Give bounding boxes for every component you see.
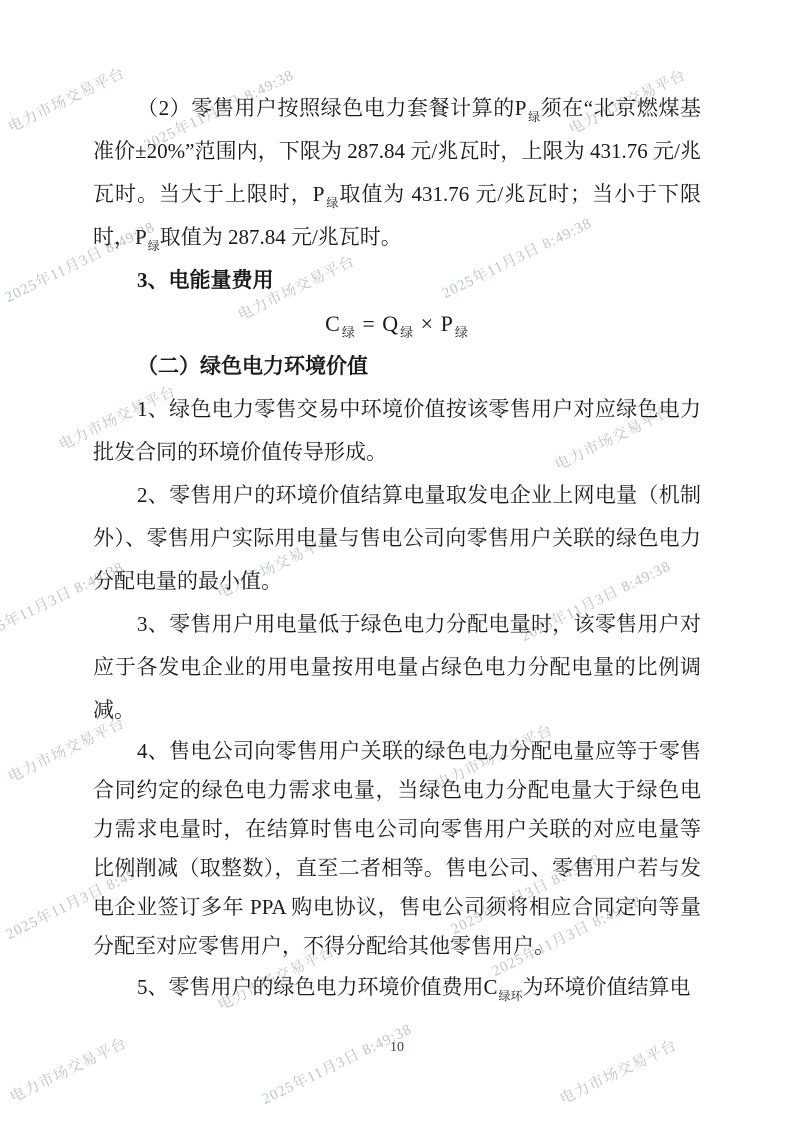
subscript: 绿 [528, 110, 541, 124]
subscript: 绿环 [499, 989, 523, 1003]
subscript: 绿 [455, 325, 469, 340]
text-run: （2）零售用户按照绿色电力套餐计算的P [137, 96, 527, 120]
section-heading: 3、电能量费用 [93, 259, 701, 302]
document-page: 电力市场交易平台2025年11月3日 8:49:38电力市场交易平台2025年1… [0, 0, 794, 1123]
text-run: 1、绿色电力零售交易中环境价值按该零售用户对应绿色电力批发合同的环境价值传导形成… [93, 397, 701, 464]
text-run: 取值为 287.84 元/兆瓦时。 [160, 225, 402, 249]
text-run: 4、售电公司向零售用户关联的绿色电力分配电量应等于零售合同约定的绿色电力需求电量… [93, 739, 701, 958]
subscript: 绿 [325, 196, 339, 210]
page-footer: 10 [0, 1040, 794, 1056]
document-body: （2）零售用户按照绿色电力套餐计算的P绿须在“北京燃煤基准价±20%”范围内，下… [0, 0, 794, 1009]
text-run: （二）绿色电力环境价值 [137, 354, 368, 378]
paragraph: 2、零售用户的环境价值结算电量取发电企业上网电量（机制外）、零售用户实际用电量与… [93, 474, 701, 603]
text-run: = Q [356, 311, 399, 336]
text-run: 2、零售用户的环境价值结算电量取发电企业上网电量（机制外）、零售用户实际用电量与… [93, 483, 701, 593]
watermark-text: 2025年11月3日 8:49:38 [258, 1018, 415, 1109]
paragraph: 5、零售用户的绿色电力环境价值费用C绿环为环境价值结算电 [93, 966, 701, 1009]
subscript: 绿 [400, 325, 414, 340]
text-run: 3、零售用户用电量低于绿色电力分配电量时，该零售用户对应于各发电企业的用电量按用… [93, 612, 701, 722]
text-run: × P [414, 311, 454, 336]
page-number: 10 [390, 1040, 404, 1055]
paragraph: 3、零售用户用电量低于绿色电力分配电量时，该零售用户对应于各发电企业的用电量按用… [93, 603, 701, 732]
paragraph: 4、售电公司向零售用户关联的绿色电力分配电量应等于零售合同约定的绿色电力需求电量… [93, 732, 701, 966]
text-run: 5、零售用户的绿色电力环境价值费用C [137, 975, 498, 999]
paragraph: （2）零售用户按照绿色电力套餐计算的P绿须在“北京燃煤基准价±20%”范围内，下… [93, 87, 701, 259]
subscript: 绿 [342, 325, 356, 340]
paragraph: 1、绿色电力零售交易中环境价值按该零售用户对应绿色电力批发合同的环境价值传导形成… [93, 388, 701, 474]
formula: C绿 = Q绿 × P绿 [93, 302, 701, 345]
section-heading: （二）绿色电力环境价值 [93, 345, 701, 388]
text-run: C [325, 311, 341, 336]
text-run: 为环境价值结算电 [523, 975, 691, 999]
text-run: 3、电能量费用 [137, 268, 274, 292]
subscript: 绿 [148, 239, 160, 253]
